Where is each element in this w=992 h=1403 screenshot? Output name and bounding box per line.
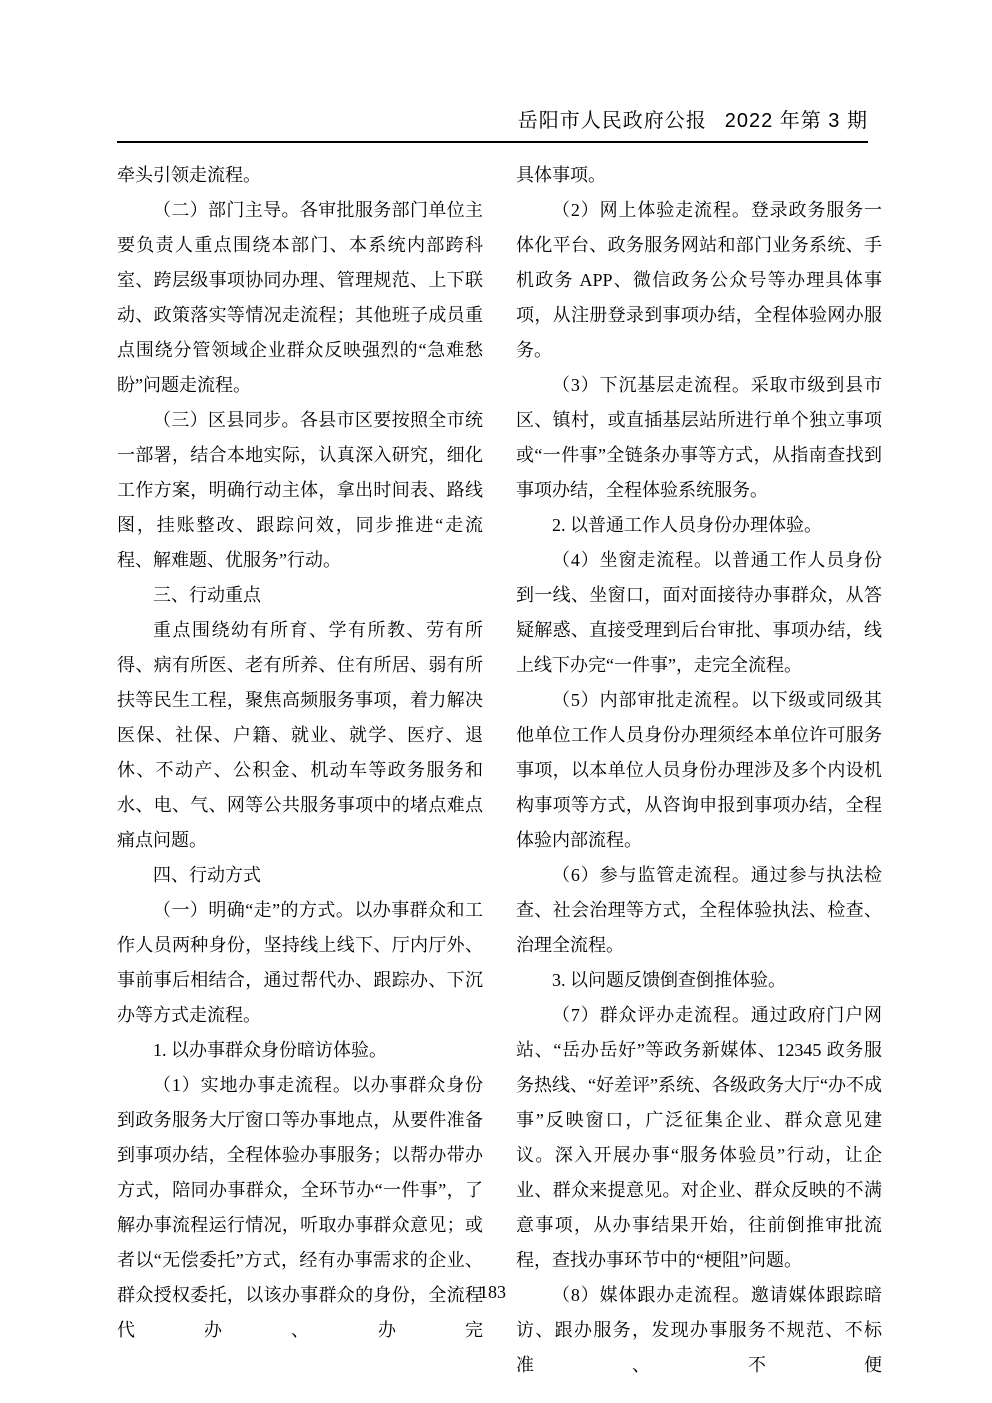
gazette-page: 岳阳市人民政府公报2022 年第 3 期 牵头引领走流程。 （二）部门主导。各审…: [0, 0, 992, 1403]
paragraph-continuation: 具体事项。: [516, 158, 882, 193]
list-item-heading: 2. 以普通工作人员身份办理体验。: [516, 508, 882, 543]
paragraph: （3）下沉基层走流程。采取市级到县市区、镇村，或直插基层站所进行单个独立事项或“…: [516, 368, 882, 508]
left-column: 牵头引领走流程。 （二）部门主导。各审批服务部门单位主要负责人重点围绕本部门、本…: [117, 158, 483, 1348]
paragraph: （5）内部审批走流程。以下级或同级其他单位工作人员身份办理须经本单位许可服务事项…: [516, 683, 882, 858]
paragraph: （2）网上体验走流程。登录政务服务一体化平台、政务服务网站和部门业务系统、手机政…: [516, 193, 882, 368]
paragraph: （4）坐窗走流程。以普通工作人员身份到一线、坐窗口，面对面接待办事群众，从答疑解…: [516, 543, 882, 683]
paragraph: （一）明确“走”的方式。以办事群众和工作人员两种身份，坚持线上线下、厅内厅外、事…: [117, 893, 483, 1033]
paragraph: （7）群众评办走流程。通过政府门户网站、“岳办岳好”等政务新媒体、12345 政…: [516, 998, 882, 1278]
paragraph: （二）部门主导。各审批服务部门单位主要负责人重点围绕本部门、本系统内部跨科室、跨…: [117, 193, 483, 403]
paragraph: （6）参与监管走流程。通过参与执法检查、社会治理等方式，全程体验执法、检查、治理…: [516, 858, 882, 963]
paragraph: （三）区县同步。各县市区要按照全市统一部署，结合本地实际，认真深入研究，细化工作…: [117, 403, 483, 578]
paragraph-continuation: 牵头引领走流程。: [117, 158, 483, 193]
section-heading: 四、行动方式: [117, 858, 483, 893]
page-number: 183: [117, 1281, 868, 1303]
page-header: 岳阳市人民政府公报2022 年第 3 期: [117, 106, 868, 136]
right-column: 具体事项。 （2）网上体验走流程。登录政务服务一体化平台、政务服务网站和部门业务…: [516, 158, 882, 1383]
paragraph: （1）实地办事走流程。以办事群众身份到政务服务大厅窗口等办事地点，从要件准备到事…: [117, 1068, 483, 1348]
header-rule: [117, 141, 868, 143]
list-item-heading: 1. 以办事群众身份暗访体验。: [117, 1033, 483, 1068]
paragraph: 重点围绕幼有所育、学有所教、劳有所得、病有所医、老有所养、住有所居、弱有所扶等民…: [117, 613, 483, 858]
section-heading: 三、行动重点: [117, 578, 483, 613]
gazette-title: 岳阳市人民政府公报: [518, 110, 707, 132]
list-item-heading: 3. 以问题反馈倒查倒推体验。: [516, 963, 882, 998]
issue-label: 2022 年第 3 期: [725, 110, 868, 132]
